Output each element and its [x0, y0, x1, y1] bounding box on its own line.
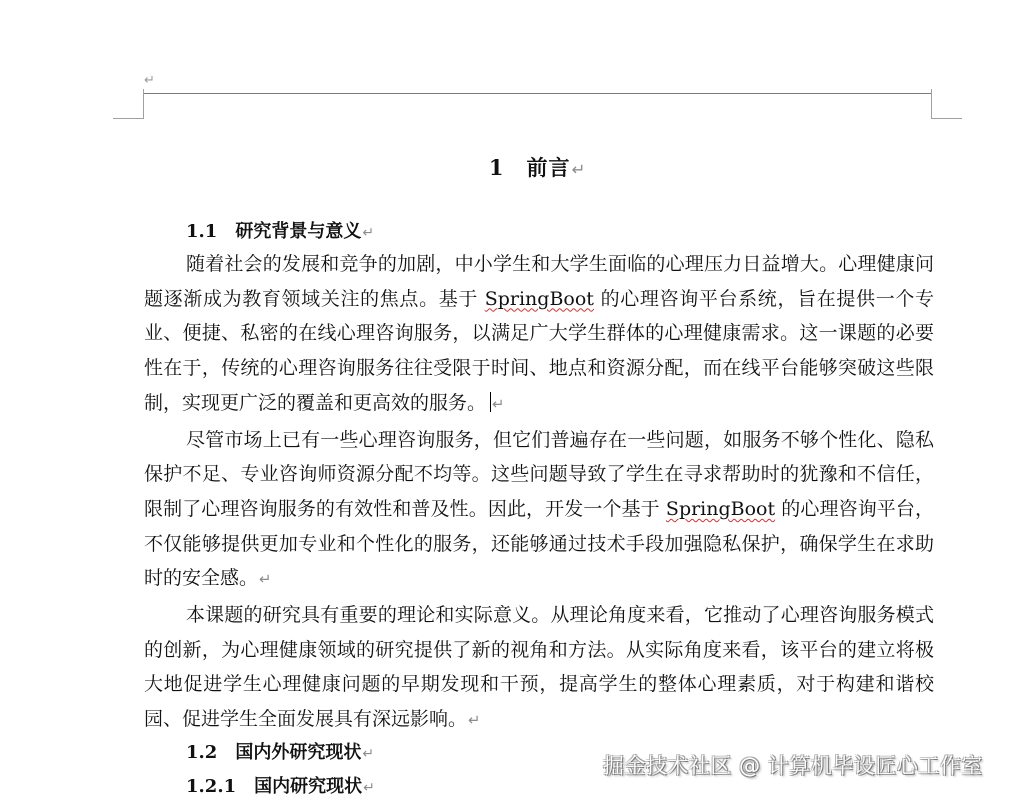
paragraph-mark-icon: ↵ [468, 712, 480, 729]
paragraph-problems[interactable]: 尽管市场上已有一些心理咨询服务，但它们普遍存在一些问题，如服务不够个性化、隐私保… [144, 423, 934, 599]
body-text[interactable]: 随着社会的发展和竞争的加剧，中小学生和大学生面临的心理压力日益增大。心理健康问题… [144, 247, 934, 739]
chapter-number: 1 [489, 155, 505, 180]
section-title: 研究背景与意义 [235, 221, 361, 242]
header-paragraph-mark: ↵ [144, 73, 155, 88]
spellcheck-term[interactable]: SpringBoot [485, 288, 594, 310]
paragraph-text: 本课题的研究具有重要的理论和实际意义。从理论角度来看，它推动了心理咨询服务模式的… [144, 604, 934, 730]
crop-mark-left-vertical [143, 89, 144, 119]
text-cursor [490, 392, 491, 412]
section-title: 国内研究现状 [254, 776, 362, 797]
crop-mark-right-vertical [931, 89, 932, 119]
paragraph-mark-icon: ↵ [363, 780, 375, 796]
crop-mark-left-horizontal [113, 118, 143, 119]
watermark: 掘金技术社区 @ 计算机毕设匠心工作室 [603, 750, 983, 780]
chapter-heading[interactable]: 1前言↵ [0, 152, 1025, 182]
paragraph-significance[interactable]: 本课题的研究具有重要的理论和实际意义。从理论角度来看，它推动了心理咨询服务模式的… [144, 598, 934, 739]
section-heading-1-2-1[interactable]: 1.2.1国内研究现状↵ [186, 772, 375, 798]
paragraph-background[interactable]: 随着社会的发展和竞争的加剧，中小学生和大学生面临的心理压力日益增大。心理健康问题… [144, 247, 934, 423]
section-number: 1.2 [186, 742, 217, 763]
paragraph-mark-icon: ↵ [259, 571, 271, 588]
section-title: 国内外研究现状 [235, 742, 361, 763]
chapter-title: 前言 [526, 155, 570, 180]
header-border-line [143, 93, 932, 94]
crop-mark-right-horizontal [931, 118, 962, 119]
section-number: 1.1 [186, 221, 217, 242]
spellcheck-term[interactable]: SpringBoot [666, 498, 775, 520]
paragraph-mark-icon: ↵ [362, 225, 374, 241]
paragraph-mark-icon: ↵ [571, 160, 586, 179]
document-page[interactable]: ↵ 1前言↵ 1.1研究背景与意义↵ 随着社会的发展和竞争的加剧，中小学生和大学… [0, 0, 1025, 801]
section-heading-1-2[interactable]: 1.2国内外研究现状↵ [186, 738, 374, 764]
paragraph-mark-icon: ↵ [492, 396, 504, 413]
paragraph-mark-icon: ↵ [362, 746, 374, 762]
section-number: 1.2.1 [186, 776, 236, 797]
section-heading-1-1[interactable]: 1.1研究背景与意义↵ [186, 217, 374, 243]
